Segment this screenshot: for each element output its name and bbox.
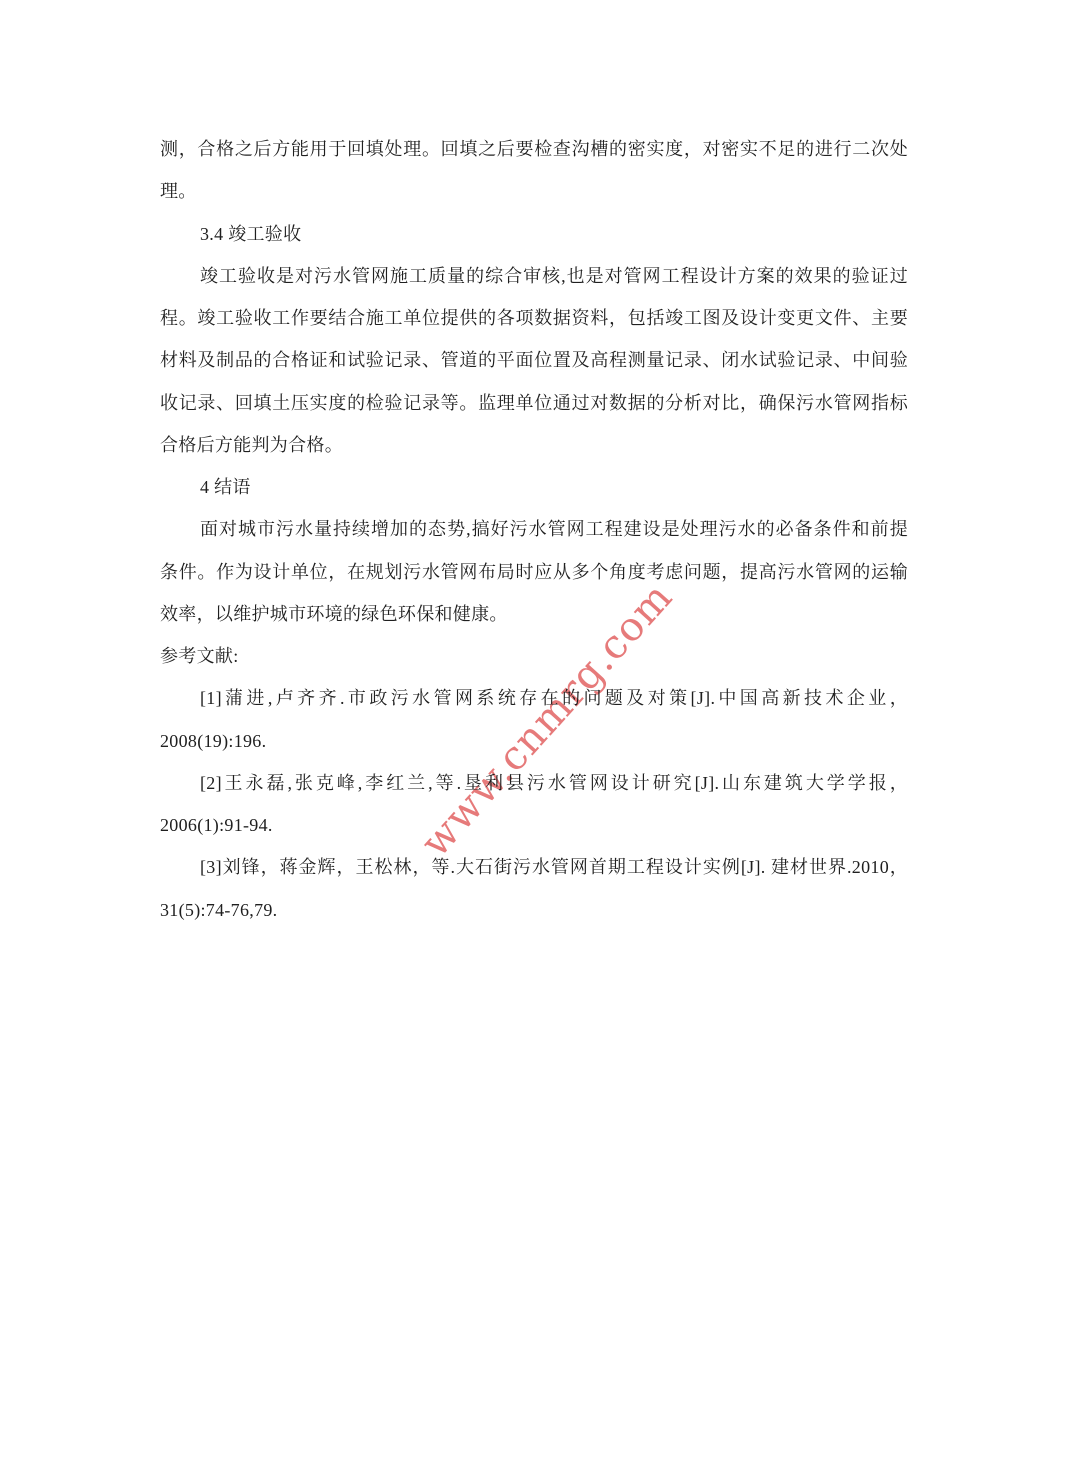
text-line: [2]王永磊,张克峰,李红兰,等.垦利县污水管网设计研究[J].山东建筑大学学报… [200, 762, 908, 804]
text-line: 2008(19):196. [160, 720, 908, 762]
text-line: [3]刘锋，蒋金辉，王松林，等.大石街污水管网首期工程设计实例[J]. 建材世界… [200, 846, 908, 888]
text-line: 竣工验收是对污水管网施工质量的综合审核,也是对管网工程设计方案的效果的验证过 [200, 255, 908, 297]
text-line: 测，合格之后方能用于回填处理。回填之后要检查沟槽的密实度，对密实不足的进行二次处 [160, 128, 908, 170]
text-line: 面对城市污水量持续增加的态势,搞好污水管网工程建设是处理污水的必备条件和前提 [200, 508, 908, 550]
text-line: 2006(1):91-94. [160, 804, 908, 846]
text-line: 参考文献: [160, 635, 908, 677]
text-line: 合格后方能判为合格。 [160, 424, 908, 466]
text-line: 程。竣工验收工作要结合施工单位提供的各项数据资料，包括竣工图及设计变更文件、主要 [160, 297, 908, 339]
text-line: [1]蒲进,卢齐齐.市政污水管网系统存在的问题及对策[J].中国高新技术企业， [200, 677, 908, 719]
text-line: 收记录、回填土压实度的检验记录等。监理单位通过对数据的分析对比，确保污水管网指标 [160, 382, 908, 424]
text-line: 效率，以维护城市环境的绿色环保和健康。 [160, 593, 908, 635]
text-line: 理。 [160, 170, 908, 212]
text-line: 4 结语 [200, 466, 908, 508]
document-page: www.cnmrg.com 测，合格之后方能用于回填处理。回填之后要检查沟槽的密… [0, 0, 1072, 1458]
document-body: 测，合格之后方能用于回填处理。回填之后要检查沟槽的密实度，对密实不足的进行二次处… [160, 128, 908, 931]
text-line: 条件。作为设计单位，在规划污水管网布局时应从多个角度考虑问题，提高污水管网的运输 [160, 551, 908, 593]
text-line: 31(5):74-76,79. [160, 889, 908, 931]
text-line: 材料及制品的合格证和试验记录、管道的平面位置及高程测量记录、闭水试验记录、中间验 [160, 339, 908, 381]
text-line: 3.4 竣工验收 [200, 213, 908, 255]
